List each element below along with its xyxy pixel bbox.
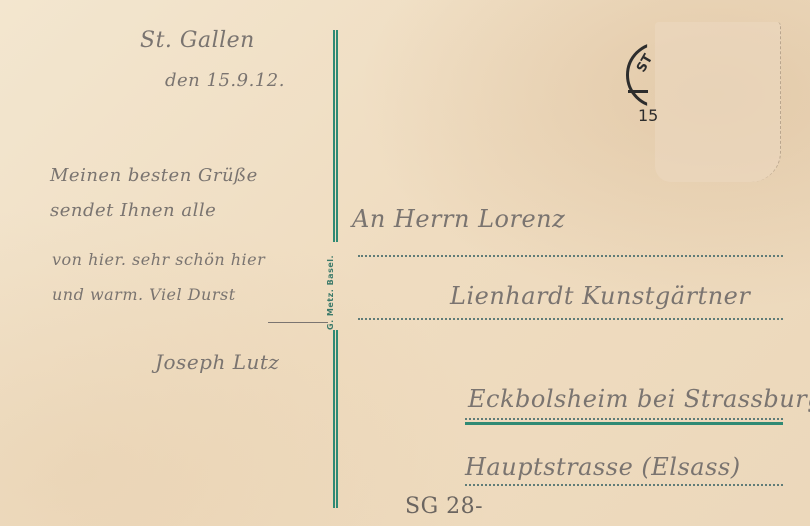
- message-line: sendet Ihnen alle: [50, 200, 216, 221]
- address-rule: [465, 418, 783, 420]
- signature: Joseph Lutz: [155, 350, 279, 374]
- address-rule: [465, 484, 783, 486]
- pencil-annotation: SG 28-: [405, 494, 483, 519]
- postmark-bar: [628, 90, 648, 93]
- address-line: An Herrn Lorenz: [352, 205, 565, 233]
- date-line: den 15.9.12.: [165, 70, 285, 91]
- underline-stroke: [268, 322, 328, 323]
- center-divider-bottom: [333, 330, 339, 508]
- postcard-back: St. Gallen den 15.9.12. Meinen besten Gr…: [0, 0, 810, 526]
- message-line: und warm. Viel Durst: [52, 285, 236, 304]
- message-line: Meinen besten Grüße: [50, 165, 258, 186]
- address-line: Hauptstrasse (Elsass): [465, 453, 741, 481]
- address-line: Lienhardt Kunstgärtner: [450, 282, 750, 310]
- address-green-rule: [465, 422, 783, 425]
- publisher-imprint: G. Metz. Basel.: [326, 250, 342, 330]
- address-rule: [358, 255, 783, 257]
- center-divider-top: [333, 30, 339, 242]
- place-line: St. Gallen: [140, 28, 255, 53]
- removed-stamp-area: [655, 22, 781, 182]
- message-line: von hier. sehr schön hier: [52, 250, 265, 269]
- postmark-date: 15: [638, 106, 658, 125]
- address-line: Eckbolsheim bei Strassburg: [468, 385, 810, 413]
- address-rule: [358, 318, 783, 320]
